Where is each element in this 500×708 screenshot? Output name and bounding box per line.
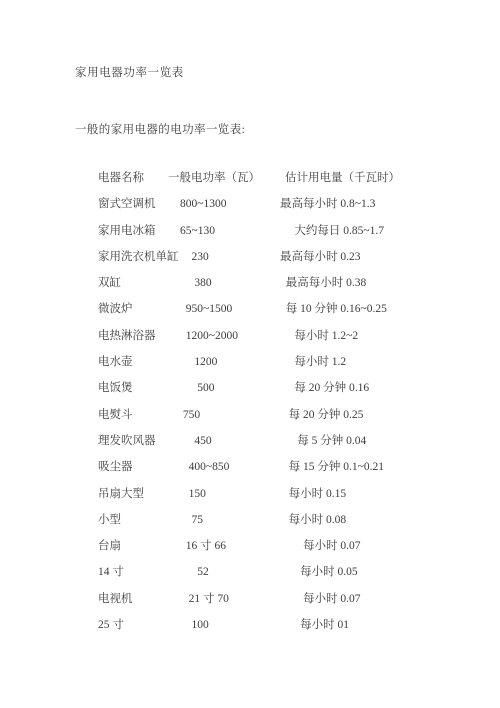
appliance-name-cell: 家用洗衣机单缸 [98,250,179,265]
power-watts-cell: 400~850 [180,460,229,475]
table-row: 微波炉 950~1500 每 10 分钟 0.16~0.25 [98,302,488,328]
table-row: 家用电冰箱 65~130 大约每日 0.85~1.7 [98,224,488,250]
table-row: 窗式空调机 800~1300 最高每小时 0.8~1.3 [98,197,488,223]
appliance-name-cell: 25 寸 [98,618,124,633]
power-watts-cell: 1200~2000 [180,329,238,344]
estimated-kwh-cell: 大约每日 0.85~1.7 [280,224,384,239]
estimated-kwh-cell: 每小时 0.05 [280,565,358,580]
table-body: 窗式空调机 800~1300 最高每小时 0.8~1.3 家用电冰箱 65~13… [98,197,488,644]
estimated-kwh-cell: 最高每小时 0.38 [280,276,366,291]
table-row: 吊扇大型 150 每小时 0.15 [98,487,488,513]
estimated-kwh-cell: 最高每小时 0.23 [280,250,361,265]
document-subtitle: 一般的家用电器的电功率一览表: [75,121,245,137]
power-watts-cell: 230 [180,250,209,265]
estimated-kwh-cell: 每 5 分钟 0.04 [280,434,366,449]
appliance-name-cell: 电水壶 [98,355,133,370]
appliance-name-cell: 吊扇大型 [98,487,144,502]
power-watts-cell: 75 [180,513,203,528]
estimated-kwh-cell: 每小时 01 [280,618,349,633]
table-row: 理发吹风器 450 每 5 分钟 0.04 [98,434,488,460]
appliance-name-cell: 台扇 [98,539,121,554]
table-row: 电热淋浴器 1200~2000 每小时 1.2~2 [98,329,488,355]
table-row: 小型 75 每小时 0.08 [98,513,488,539]
appliance-power-table: 电器名称 一般电功率（瓦） 估计用电量（千瓦时） 窗式空调机 800~1300 … [98,171,488,644]
table-row: 电饭煲 500 每 20 分钟 0.16 [98,381,488,407]
appliance-name-cell: 吸尘器 [98,460,133,475]
appliance-name-cell: 电视机 [98,592,133,607]
appliance-name-cell: 电熨斗 [98,408,133,423]
power-watts-cell: 750 [180,408,200,423]
power-watts-cell: 52 [180,565,209,580]
estimated-kwh-cell: 每小时 0.08 [280,513,346,528]
table-row: 电水壶 1200 每小时 1.2 [98,355,488,381]
estimated-kwh-cell: 每 10 分钟 0.16~0.25 [280,302,387,317]
appliance-name-cell: 双缸 [98,276,121,291]
appliance-name-cell: 窗式空调机 [98,197,156,212]
appliance-name-cell: 电热淋浴器 [98,329,156,344]
table-row: 电视机 21 寸 70 每小时 0.07 [98,592,488,618]
appliance-name-cell: 家用电冰箱 [98,224,156,239]
power-watts-cell: 380 [180,276,212,291]
table-header-row: 电器名称 一般电功率（瓦） 估计用电量（千瓦时） [98,171,488,197]
header-estimated-kwh: 估计用电量（千瓦时） [285,171,400,186]
table-row: 电熨斗 750 每 20 分钟 0.25 [98,408,488,434]
table-row: 25 寸 100 每小时 01 [98,618,488,644]
power-watts-cell: 21 寸 70 [180,592,229,607]
appliance-name-cell: 小型 [98,513,121,528]
estimated-kwh-cell: 每小时 0.07 [280,592,361,607]
header-power-watts: 一般电功率（瓦） [168,171,260,186]
appliance-name-cell: 微波炉 [98,302,133,317]
estimated-kwh-cell: 最高每小时 0.8~1.3 [280,197,375,212]
power-watts-cell: 500 [180,381,215,396]
power-watts-cell: 950~1500 [180,302,232,317]
document-title: 家用电器功率一览表 [75,64,184,80]
table-row: 吸尘器 400~850 每 15 分钟 0.1~0.21 [98,460,488,486]
power-watts-cell: 1200 [180,355,217,370]
table-row: 双缸 380 最高每小时 0.38 [98,276,488,302]
table-row: 台扇 16 寸 66 每小时 0.07 [98,539,488,565]
estimated-kwh-cell: 每 15 分钟 0.1~0.21 [280,460,384,475]
power-watts-cell: 800~1300 [180,197,226,212]
power-watts-cell: 100 [180,618,209,633]
estimated-kwh-cell: 每 20 分钟 0.25 [280,408,363,423]
appliance-name-cell: 14 寸 [98,565,124,580]
estimated-kwh-cell: 每小时 0.07 [280,539,361,554]
power-watts-cell: 150 [180,487,206,502]
estimated-kwh-cell: 每 20 分钟 0.16 [280,381,369,396]
header-appliance-name: 电器名称 [98,171,144,186]
document-page: 家用电器功率一览表 一般的家用电器的电功率一览表: 电器名称 一般电功率（瓦） … [0,0,500,708]
appliance-name-cell: 电饭煲 [98,381,133,396]
table-row: 14 寸 52 每小时 0.05 [98,565,488,591]
estimated-kwh-cell: 每小时 1.2 [280,355,346,370]
estimated-kwh-cell: 每小时 1.2~2 [280,329,358,344]
estimated-kwh-cell: 每小时 0.15 [280,487,346,502]
table-row: 家用洗衣机单缸 230 最高每小时 0.23 [98,250,488,276]
power-watts-cell: 450 [180,434,212,449]
appliance-name-cell: 理发吹风器 [98,434,156,449]
power-watts-cell: 16 寸 66 [180,539,226,554]
power-watts-cell: 65~130 [180,224,215,239]
